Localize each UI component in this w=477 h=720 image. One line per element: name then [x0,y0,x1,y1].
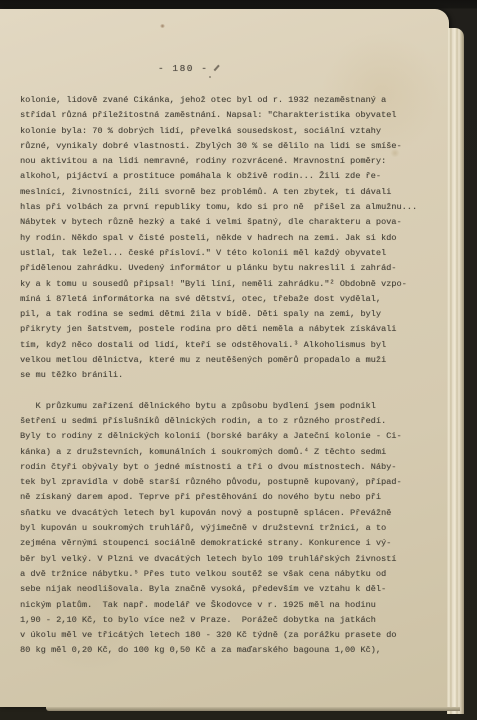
bottom-page-edge [46,707,460,711]
stacked-page-edges [447,28,464,714]
body-text: kolonie, lidově zvané Cikánka, jehož ote… [20,93,435,674]
paper-stain [209,76,211,78]
paragraph-2: K průzkumu zařízení dělnického bytu a zp… [20,399,435,659]
scanned-document-photo: - 180 - kolonie, lidově zvané Cikánka, j… [0,0,477,720]
pen-tick-mark [214,65,220,71]
paper-stain [160,24,165,28]
document-page: - 180 - kolonie, lidově zvané Cikánka, j… [0,9,449,707]
paragraph-1: kolonie, lidově zvané Cikánka, jehož ote… [20,93,435,384]
page-number: - 180 - [158,63,208,74]
